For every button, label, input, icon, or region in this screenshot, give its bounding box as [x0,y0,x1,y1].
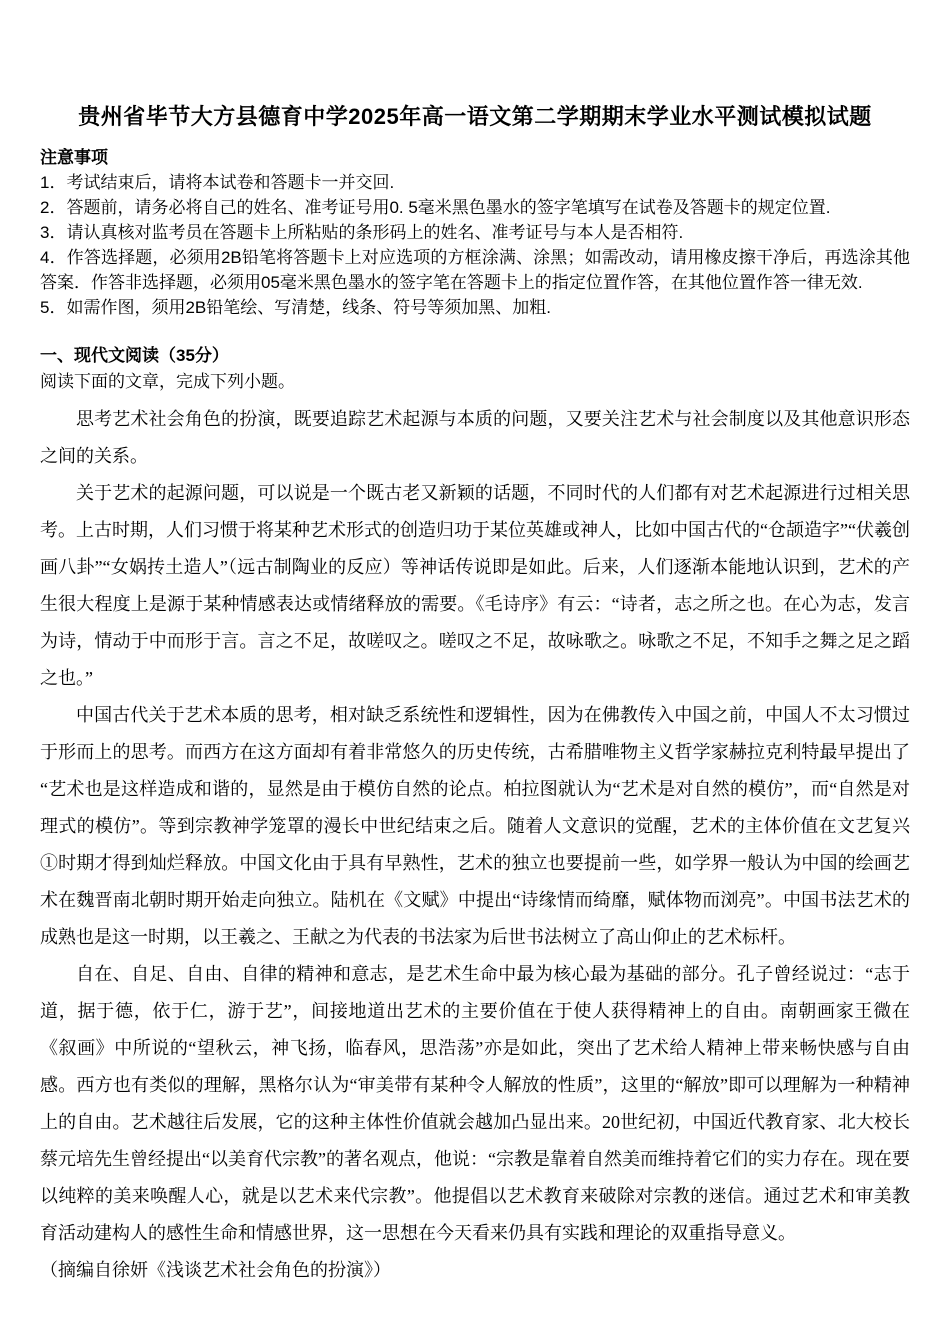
essay-paragraph-4: 自在、自足、自由、自律的精神和意志，是艺术生命中最为核心最为基础的部分。孔子曾经… [40,956,910,1252]
section-heading: 一、现代文阅读（35分） [40,343,910,369]
reading-instruction: 阅读下面的文章，完成下列小题。 [40,369,910,395]
source-attribution: （摘编自徐妍《浅谈艺术社会角色的扮演》） [40,1252,910,1289]
essay-paragraph-3: 中国古代关于艺术本质的思考，相对缺乏系统性和逻辑性，因为在佛教传入中国之前，中国… [40,697,910,956]
notice-item-2: 2．答题前，请务必将自己的姓名、准考证号用0. 5毫米黑色墨水的签字笔填写在试卷… [40,195,910,220]
modern-reading-section: 一、现代文阅读（35分） 阅读下面的文章，完成下列小题。 思考艺术社会角色的扮演… [40,343,910,1289]
essay-text: 思考艺术社会角色的扮演，既要追踪艺术起源与本质的问题，又要关注艺术与社会制度以及… [40,401,910,1289]
essay-paragraph-2: 关于艺术的起源问题，可以说是一个既古老又新颖的话题，不同时代的人们都有对艺术起源… [40,475,910,697]
notice-section: 注意事项 1．考试结束后，请将本试卷和答题卡一并交回. 2．答题前，请务必将自己… [40,145,910,320]
notice-item-1: 1．考试结束后，请将本试卷和答题卡一并交回. [40,170,910,195]
page-title: 贵州省毕节大方县德育中学2025年高一语文第二学期期末学业水平测试模拟试题 [40,102,910,132]
essay-paragraph-1: 思考艺术社会角色的扮演，既要追踪艺术起源与本质的问题，又要关注艺术与社会制度以及… [40,401,910,475]
notice-heading: 注意事项 [40,145,910,170]
notice-item-4: 4．作答选择题，必须用2B铅笔将答题卡上对应选项的方框涂满、涂黑；如需改动，请用… [40,245,910,295]
exam-paper-page: 贵州省毕节大方县德育中学2025年高一语文第二学期期末学业水平测试模拟试题 注意… [0,0,950,1344]
notice-item-3: 3．请认真核对监考员在答题卡上所粘贴的条形码上的姓名、准考证号与本人是否相符. [40,220,910,245]
notice-item-5: 5．如需作图，须用2B铅笔绘、写清楚，线条、符号等须加黑、加粗. [40,295,910,320]
